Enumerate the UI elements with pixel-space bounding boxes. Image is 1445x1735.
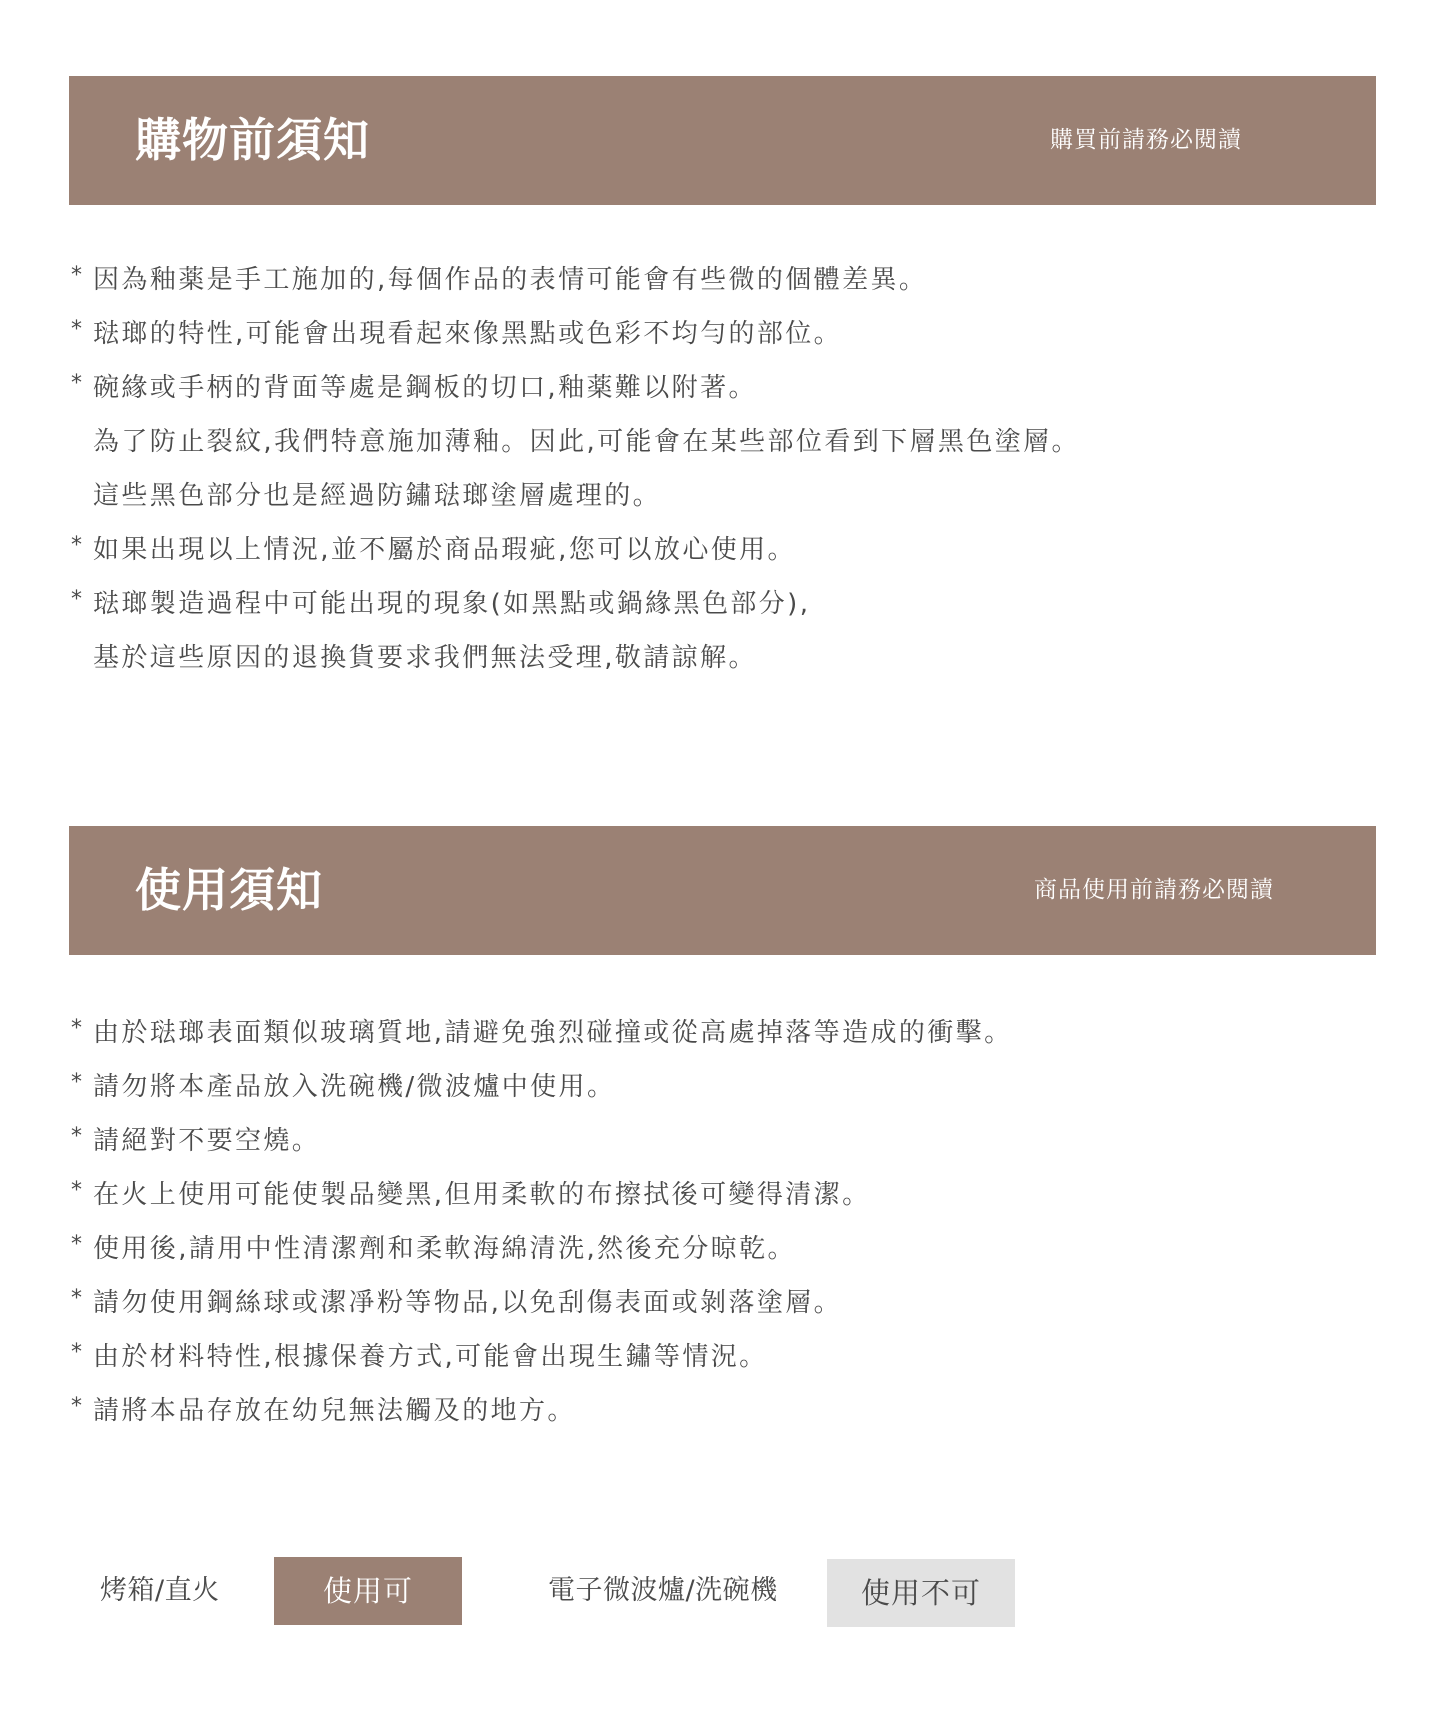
shopping-notice-list: *因為釉薬是手工施加的,每個作品的表情可能會有些微的個體差異。 *琺瑯的特性,可… <box>69 253 1080 685</box>
notice-text: 由於材料特性,根據保養方式,可能會出現生鏽等情況。 <box>93 1342 768 1372</box>
notice-line: *如果出現以上情況,並不屬於商品瑕疵,您可以放心使用。 <box>69 523 1080 577</box>
notice-text: 在火上使用可能使製品變黑,但用柔軟的布擦拭後可變得清潔。 <box>93 1180 870 1210</box>
notice-line: *碗緣或手柄的背面等處是鋼板的切口,釉薬難以附著。 <box>69 361 1080 415</box>
notice-text: 請勿使用鋼絲球或潔凈粉等物品,以免刮傷表面或剝落塗層。 <box>93 1288 842 1318</box>
notice-text: 請將本品存放在幼兒無法觸及的地方。 <box>93 1396 576 1426</box>
section-subtitle: 購買前請務必閱讀 <box>1050 76 1242 205</box>
notice-text: 請勿將本產品放入洗碗機/微波爐中使用。 <box>93 1072 615 1102</box>
notice-line: *請絕對不要空燒。 <box>69 1114 1012 1168</box>
asterisk-bullet: * <box>71 1218 84 1272</box>
usage-notice-list: *由於琺瑯表面類似玻璃質地,請避免強烈碰撞或從高處掉落等造成的衝擊。 *請勿將本… <box>69 1006 1012 1438</box>
notice-text: 琺瑯製造過程中可能出現的現象(如黑點或鍋緣黑色部分), <box>93 589 810 619</box>
notice-text: 使用後,請用中性清潔劑和柔軟海綿清洗,然後充分晾乾。 <box>93 1234 796 1264</box>
notice-line-continuation: 基於這些原因的退換貨要求我們無法受理,敬請諒解。 <box>69 631 1080 685</box>
usage-label-oven-direct-fire: 烤箱/直火 <box>100 1557 220 1625</box>
asterisk-bullet: * <box>71 357 84 411</box>
notice-line: *請勿使用鋼絲球或潔凈粉等物品,以免刮傷表面或剝落塗層。 <box>69 1276 1012 1330</box>
asterisk-bullet: * <box>71 1380 84 1434</box>
notice-line: *使用後,請用中性清潔劑和柔軟海綿清洗,然後充分晾乾。 <box>69 1222 1012 1276</box>
notice-text: 碗緣或手柄的背面等處是鋼板的切口,釉薬難以附著。 <box>93 373 757 403</box>
usage-label-microwave-dishwasher: 電子微波爐/洗碗機 <box>548 1557 778 1625</box>
section-banner-usage-notice: 使用須知 商品使用前請務必閱讀 <box>69 826 1376 955</box>
notice-text: 由於琺瑯表面類似玻璃質地,請避免強烈碰撞或從高處掉落等造成的衝擊。 <box>93 1018 1012 1048</box>
notice-line: *因為釉薬是手工施加的,每個作品的表情可能會有些微的個體差異。 <box>69 253 1080 307</box>
notice-line: *由於琺瑯表面類似玻璃質地,請避免強烈碰撞或從高處掉落等造成的衝擊。 <box>69 1006 1012 1060</box>
notice-line: *請勿將本產品放入洗碗機/微波爐中使用。 <box>69 1060 1012 1114</box>
asterisk-bullet: * <box>71 1002 84 1056</box>
asterisk-bullet: * <box>71 303 84 357</box>
notice-text: 這些黑色部分也是經過防鏽琺瑯塗層處理的。 <box>93 481 661 511</box>
notice-line: *琺瑯製造過程中可能出現的現象(如黑點或鍋緣黑色部分), <box>69 577 1080 631</box>
notice-line-continuation: 為了防止裂紋,我們特意施加薄釉。因此,可能會在某些部位看到下層黑色塗層。 <box>69 415 1080 469</box>
notice-text: 為了防止裂紋,我們特意施加薄釉。因此,可能會在某些部位看到下層黑色塗層。 <box>93 427 1080 457</box>
notice-line: *在火上使用可能使製品變黑,但用柔軟的布擦拭後可變得清潔。 <box>69 1168 1012 1222</box>
notice-line-continuation: 這些黑色部分也是經過防鏽琺瑯塗層處理的。 <box>69 469 1080 523</box>
notice-text: 琺瑯的特性,可能會出現看起來像黑點或色彩不均勻的部位。 <box>93 319 842 349</box>
section-title: 購物前須知 <box>135 76 370 205</box>
notice-text: 如果出現以上情況,並不屬於商品瑕疵,您可以放心使用。 <box>93 535 796 565</box>
asterisk-bullet: * <box>71 1272 84 1326</box>
usage-compatibility-row: 烤箱/直火 使用可 電子微波爐/洗碗機 使用不可 <box>0 1557 1445 1627</box>
section-subtitle: 商品使用前請務必閱讀 <box>1034 826 1274 955</box>
status-badge-allowed: 使用可 <box>274 1557 462 1625</box>
notice-text: 因為釉薬是手工施加的,每個作品的表情可能會有些微的個體差異。 <box>93 265 927 295</box>
notice-text: 基於這些原因的退換貨要求我們無法受理,敬請諒解。 <box>93 643 757 673</box>
asterisk-bullet: * <box>71 573 84 627</box>
status-badge-not-allowed: 使用不可 <box>827 1559 1015 1627</box>
section-banner-shopping-notice: 購物前須知 購買前請務必閱讀 <box>69 76 1376 205</box>
notice-line: *由於材料特性,根據保養方式,可能會出現生鏽等情況。 <box>69 1330 1012 1384</box>
asterisk-bullet: * <box>71 1056 84 1110</box>
notice-line: *琺瑯的特性,可能會出現看起來像黑點或色彩不均勻的部位。 <box>69 307 1080 361</box>
asterisk-bullet: * <box>71 519 84 573</box>
asterisk-bullet: * <box>71 1110 84 1164</box>
asterisk-bullet: * <box>71 1164 84 1218</box>
asterisk-bullet: * <box>71 249 84 303</box>
notice-text: 請絕對不要空燒。 <box>93 1126 320 1156</box>
notice-line: *請將本品存放在幼兒無法觸及的地方。 <box>69 1384 1012 1438</box>
section-title: 使用須知 <box>135 826 323 955</box>
asterisk-bullet: * <box>71 1326 84 1380</box>
